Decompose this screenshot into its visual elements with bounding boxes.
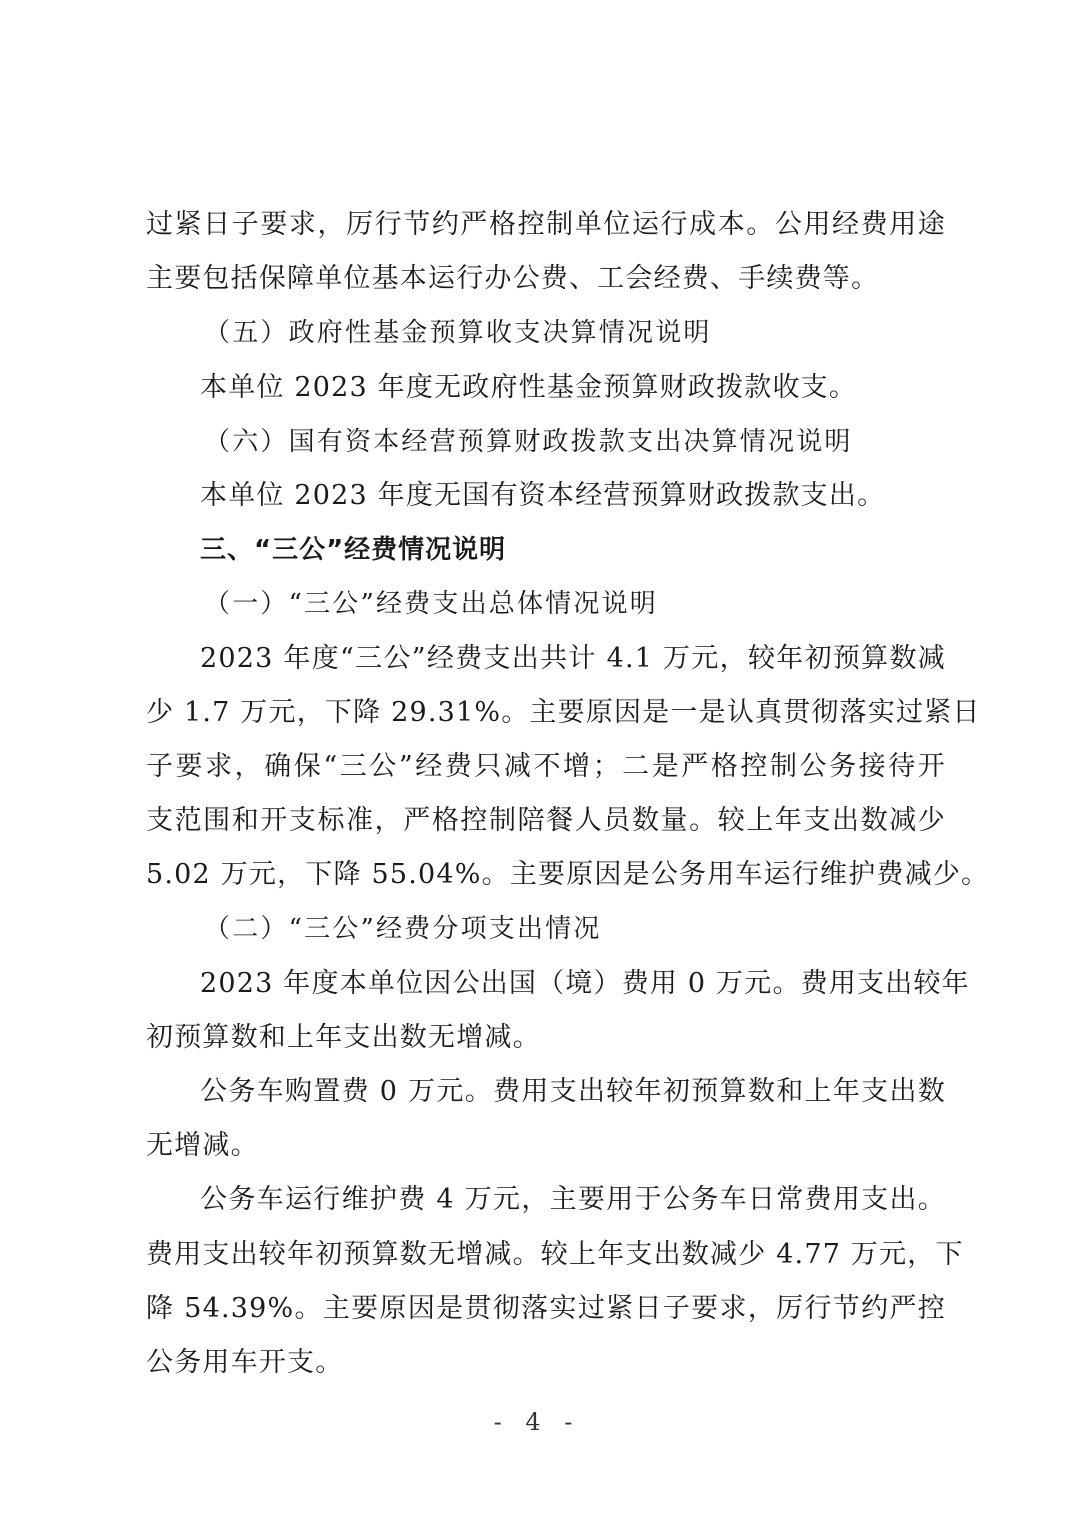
paragraph-line: 无增减。 bbox=[146, 1119, 946, 1173]
page-number: - 4 - bbox=[0, 1408, 1074, 1436]
paragraph-line: 本单位 2023 年度无国有资本经营预算财政拨款支出。 bbox=[146, 469, 946, 523]
paragraph-line: 本单位 2023 年度无政府性基金预算财政拨款收支。 bbox=[146, 361, 946, 415]
section-subheading-2: （二）“三公”经费分项支出情况 bbox=[146, 902, 946, 956]
section-subheading-6: （六）国有资本经营预算财政拨款支出决算情况说明 bbox=[146, 415, 946, 469]
section-heading-3: 三、“三公”经费情况说明 bbox=[146, 523, 946, 577]
paragraph-line: 公务用车开支。 bbox=[146, 1336, 946, 1390]
paragraph-line: 子要求，确保“三公”经费只减不增；二是严格控制公务接待开 bbox=[146, 740, 946, 794]
paragraph-line: 5.02 万元，下降 55.04%。主要原因是公务用车运行维护费减少。 bbox=[146, 848, 946, 902]
section-subheading-1: （一）“三公”经费支出总体情况说明 bbox=[146, 577, 946, 631]
paragraph-line: 少 1.7 万元，下降 29.31%。主要原因是一是认真贯彻落实过紧日 bbox=[146, 686, 946, 740]
paragraph-line: 过紧日子要求，厉行节约严格控制单位运行成本。公用经费用途 bbox=[146, 198, 946, 252]
paragraph-line: 公务车运行维护费 4 万元，主要用于公务车日常费用支出。 bbox=[146, 1173, 946, 1227]
paragraph-line: 2023 年度本单位因公出国（境）费用 0 万元。费用支出较年 bbox=[146, 957, 946, 1011]
paragraph-line: 2023 年度“三公”经费支出共计 4.1 万元，较年初预算数减 bbox=[146, 632, 946, 686]
paragraph-line: 主要包括保障单位基本运行办公费、工会经费、手续费等。 bbox=[146, 252, 946, 306]
section-subheading-5: （五）政府性基金预算收支决算情况说明 bbox=[146, 306, 946, 360]
paragraph-line: 费用支出较年初预算数无增减。较上年支出数减少 4.77 万元，下 bbox=[146, 1228, 946, 1282]
paragraph-line: 降 54.39%。主要原因是贯彻落实过紧日子要求，厉行节约严控 bbox=[146, 1282, 946, 1336]
paragraph-line: 支范围和开支标准，严格控制陪餐人员数量。较上年支出数减少 bbox=[146, 794, 946, 848]
paragraph-line: 初预算数和上年支出数无增减。 bbox=[146, 1011, 946, 1065]
document-body: 过紧日子要求，厉行节约严格控制单位运行成本。公用经费用途 主要包括保障单位基本运… bbox=[146, 198, 946, 1390]
paragraph-line: 公务车购置费 0 万元。费用支出较年初预算数和上年支出数 bbox=[146, 1065, 946, 1119]
